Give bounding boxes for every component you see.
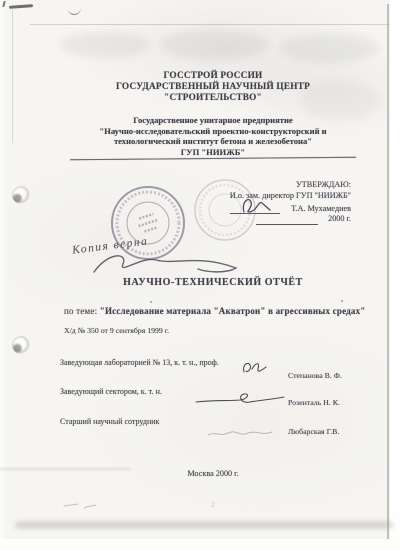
approval-signature xyxy=(238,195,274,217)
bleed-through-blob xyxy=(60,32,150,58)
enterprise-short-line: ГУП "НИИЖБ" xyxy=(28,147,398,158)
signature-stepanova xyxy=(240,360,268,376)
approval-block: УТВЕРЖДАЮ: И.о. зам. директор ГУП "НИИЖБ… xyxy=(196,180,354,225)
asterisk-mark xyxy=(150,301,152,303)
bleed-through-blob xyxy=(160,30,270,60)
bleed-through-blob xyxy=(280,34,380,62)
approval-year: 2000 г. xyxy=(196,214,354,225)
report-title: НАУЧНО-ТЕХНИЧЕСКИЙ ОТЧЁТ xyxy=(28,277,398,288)
enterprise-name-line1: "Научно-исследовательский проектно-конст… xyxy=(28,126,398,137)
signatory-role: Заведующая лабораторией № 13, к. т. н., … xyxy=(60,358,219,367)
page-bottom-fold-shadow xyxy=(15,521,393,529)
header-org-block: ГОССТРОЙ РОССИИ ГОСУДАРСТВЕННЫЙ НАУЧНЫЙ … xyxy=(28,71,398,104)
footer-city-year: Москва 2000 г. xyxy=(28,469,398,478)
contract-line: Х/д № 350 от 9 сентября 1999 г. xyxy=(64,326,169,335)
center-line: ГОСУДАРСТВЕННЫЙ НАУЧНЫЙ ЦЕНТР xyxy=(28,82,398,93)
page-top-edge-line xyxy=(30,24,390,25)
center-name-line: "СТРОИТЕЛЬСТВО" xyxy=(28,93,398,104)
signatory-name: Любарская Г.В. xyxy=(288,427,339,436)
subject-text: "Исследование материала "Акватрон" в агр… xyxy=(100,306,366,316)
asterisk-mark xyxy=(341,300,343,302)
faint-pencil-marks xyxy=(62,500,102,512)
vertical-crease xyxy=(12,8,13,143)
enterprise-block: Государственное унитарное предприятие "Н… xyxy=(28,115,398,157)
signatory-name: Розенталь Н. К. xyxy=(288,398,340,407)
approval-date-line xyxy=(256,224,318,225)
scanner-background-bottom xyxy=(0,539,400,550)
scanned-document-page: ГОССТРОЙ РОССИИ ГОСУДАРСТВЕННЫЙ НАУЧНЫЙ … xyxy=(0,0,400,550)
subject-prefix: по теме: xyxy=(64,306,97,316)
punch-hole-bottom xyxy=(12,336,30,354)
signatory-role: Заведующий сектором, к. т. н. xyxy=(60,387,162,396)
approval-position: И.о. зам. директор ГУП "НИИЖБ" xyxy=(196,191,354,202)
signatory-role: Старший научный сотрудник xyxy=(60,417,159,426)
signature-rozental xyxy=(194,392,286,408)
enterprise-type-line: Государственное унитарное предприятие xyxy=(28,115,398,126)
subject-line: по теме: "Исследование материала "Акватр… xyxy=(64,306,366,316)
header-divider-rule xyxy=(70,157,356,160)
signatory-name: Степанова В. Ф. xyxy=(288,371,342,380)
checkmark-artifact xyxy=(68,7,82,16)
signature-lyubarskaya xyxy=(206,426,274,440)
punch-hole-top xyxy=(12,186,30,204)
approval-label: УТВЕРЖДАЮ: xyxy=(196,180,354,191)
agency-line: ГОССТРОЙ РОССИИ xyxy=(28,71,398,82)
enterprise-name-line2: технологический институт бетона и железо… xyxy=(28,136,398,147)
